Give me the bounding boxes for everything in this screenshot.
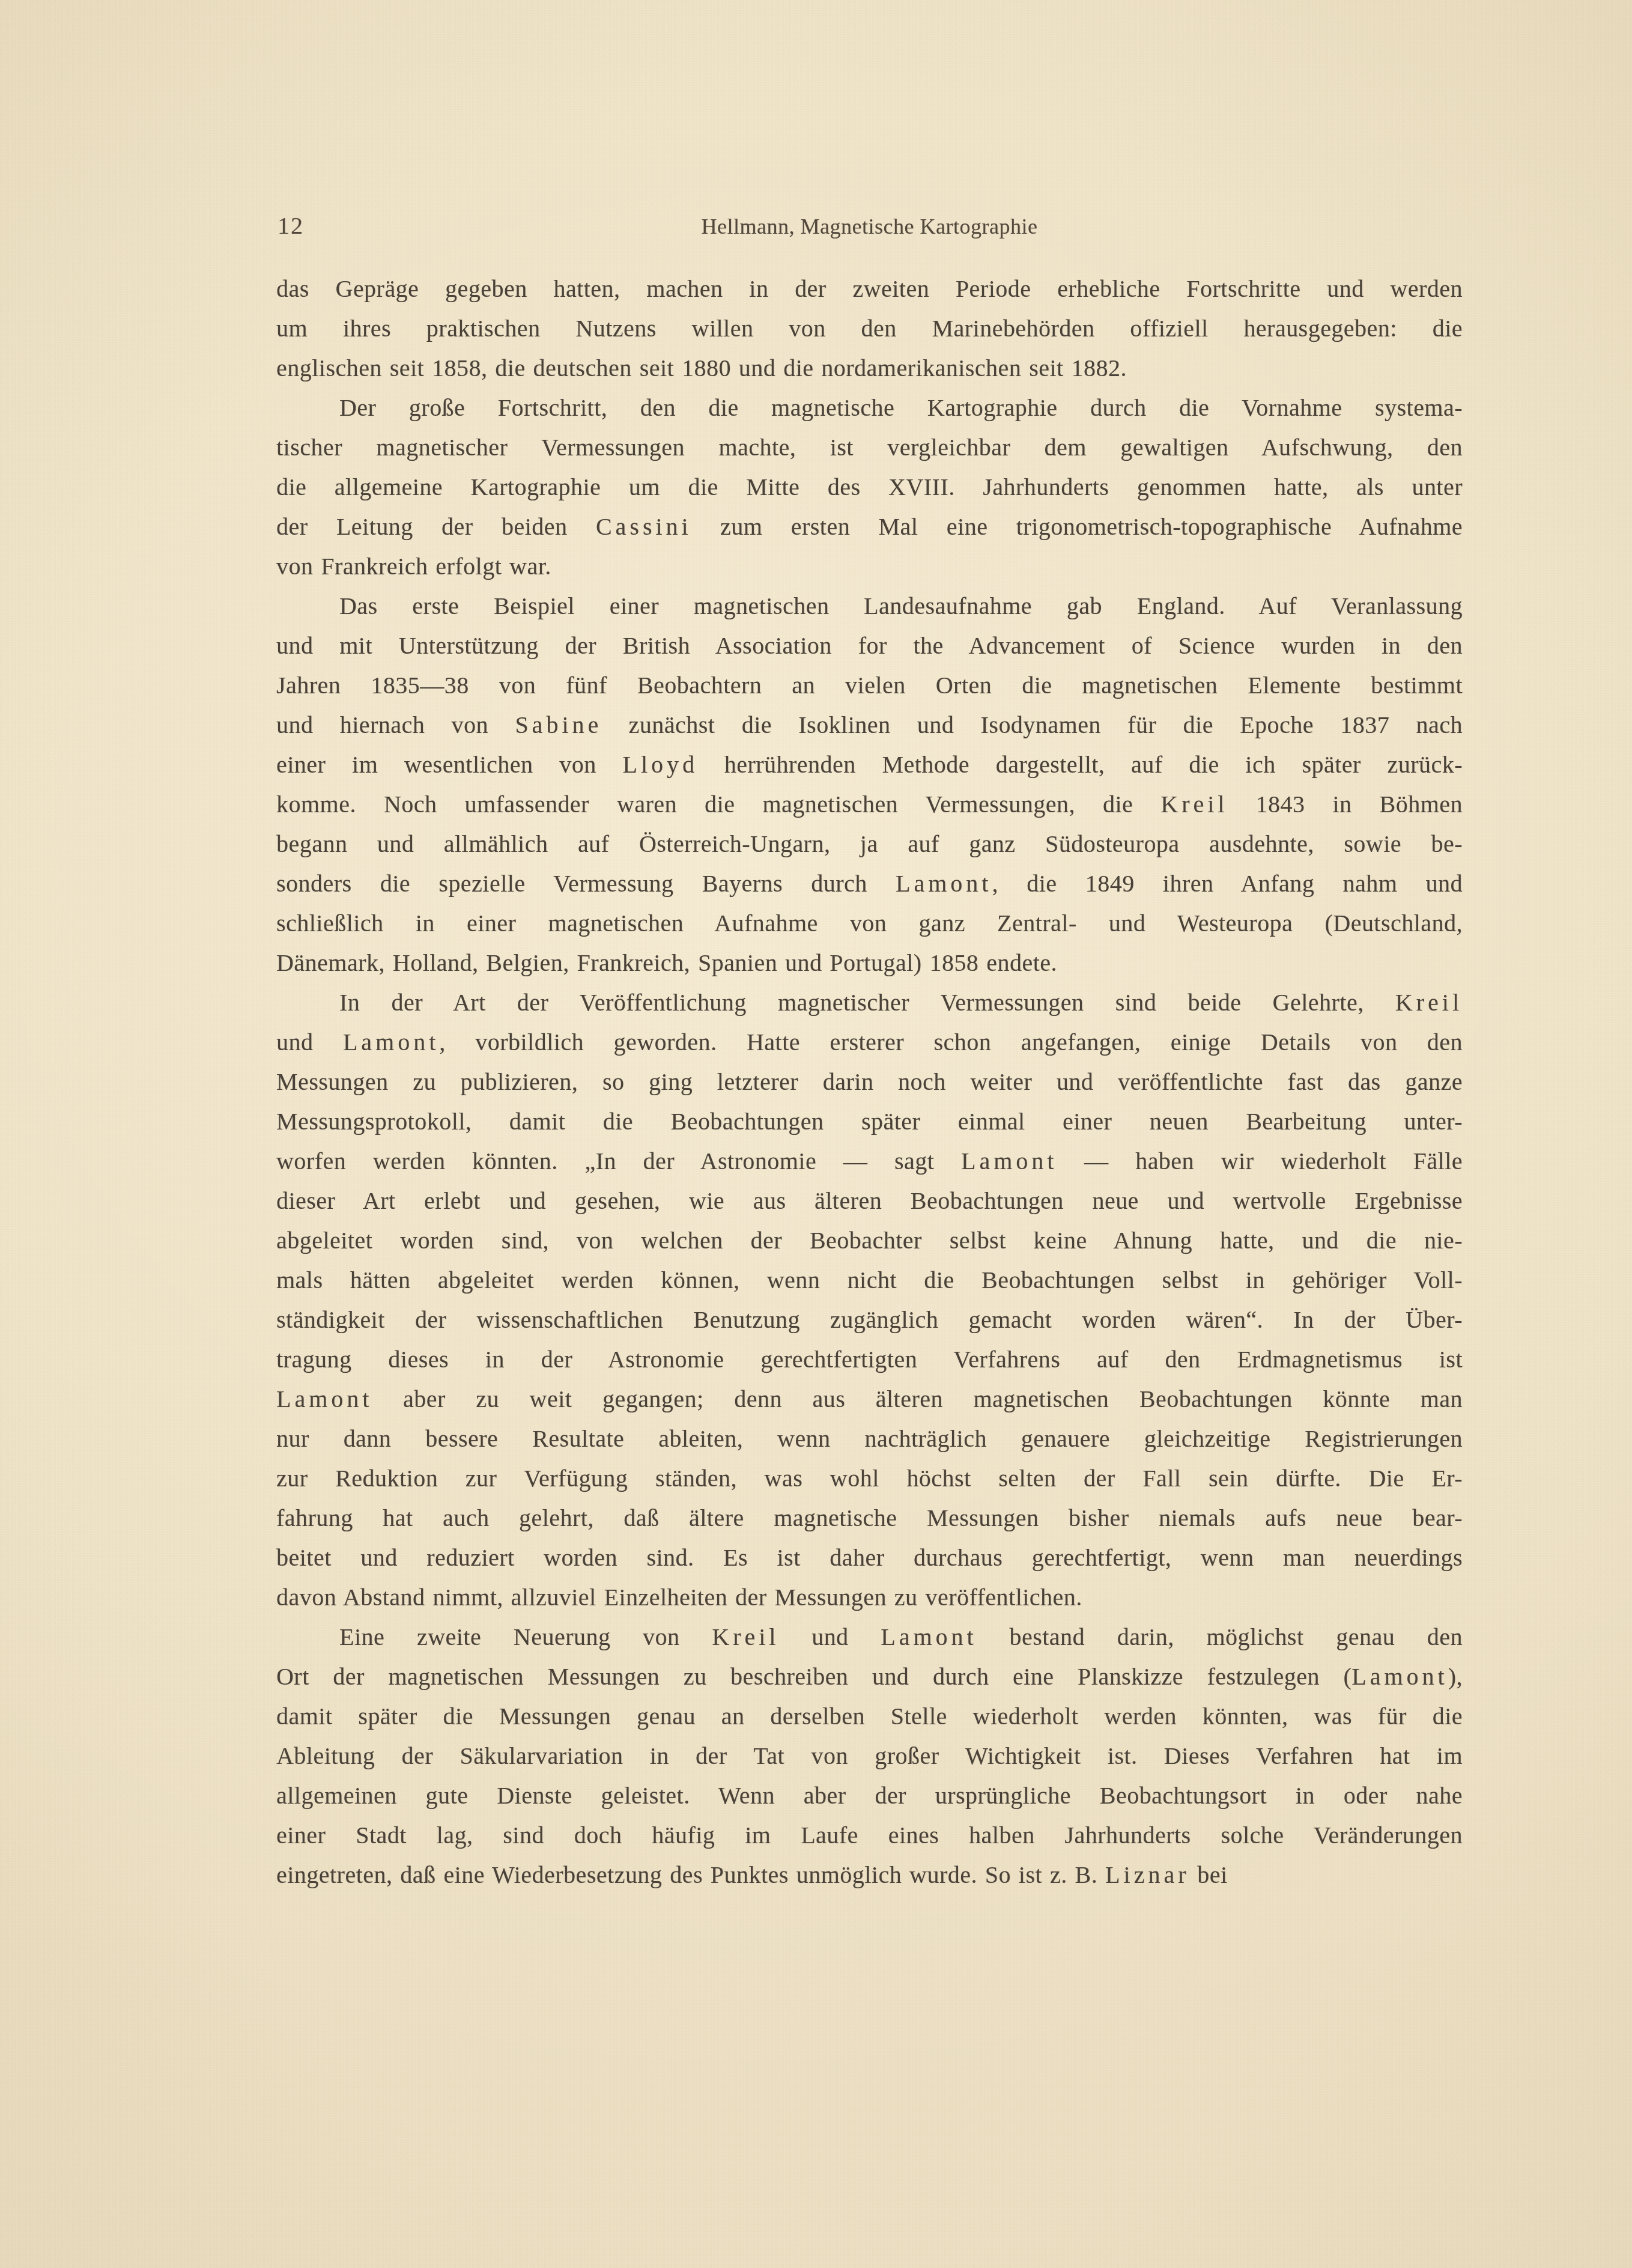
running-head: 12 Hellmann, Magnetische Kartographie [276,211,1463,243]
text-line: abgeleitet worden sind, von welchen der … [276,1221,1463,1260]
text-run: mals hätten abgeleitet werden können, we… [276,1266,1463,1294]
text-run: allgemeinen gute Dienste geleistet. Wenn… [276,1782,1463,1809]
text-run: bestand darin, möglichst genau den [977,1623,1463,1650]
text-line: Jahren 1835—38 von fünf Beobachtern an v… [276,666,1463,705]
person-name: Lloyd [622,751,698,778]
book-page: 12 Hellmann, Magnetische Kartographie da… [0,0,1632,2268]
person-name: Cassini [596,513,692,540]
text-run: komme. Noch umfassender waren die magnet… [276,791,1160,818]
text-line: komme. Noch umfassender waren die magnet… [276,785,1463,824]
text-run: 1843 in Böhmen [1228,791,1463,818]
text-line: Der große Fortschritt, den die magnetisc… [276,388,1463,428]
text-run: , die 1849 ihren Anfang nahm und [992,870,1463,897]
person-name: Lamont [961,1148,1057,1175]
text-line: eingetreten, daß eine Wiederbesetzung de… [276,1855,1463,1895]
paragraph: Das erste Beispiel einer magnetischen La… [276,586,1463,983]
paragraph: Der große Fortschritt, den die magnetisc… [276,388,1463,586]
text-run: tischer magnetischer Vermessungen machte… [276,434,1463,461]
person-name: Liznar [1105,1861,1189,1888]
text-run: und mit Unterstützung der British Associ… [276,632,1463,659]
text-line: schließlich in einer magnetischen Aufnah… [276,904,1463,943]
text-run: das Gepräge gegeben hatten, machen in de… [276,275,1463,302]
text-run: abgeleitet worden sind, von welchen der … [276,1227,1463,1254]
person-name: Lamont [276,1385,372,1412]
text-run: von Frankreich erfolgt war. [276,553,551,580]
text-line: sonders die spezielle Vermessung Bayerns… [276,864,1463,904]
text-run: einer Stadt lag, sind doch häufig im Lau… [276,1822,1463,1849]
text-run: aber zu weit gegangen; denn aus älteren … [372,1385,1463,1412]
text-line: der Leitung der beiden Cassini zum erste… [276,507,1463,547]
text-line: und Lamont, vorbildlich geworden. Hatte … [276,1023,1463,1062]
text-run: um ihres praktischen Nutzens willen von … [276,315,1463,342]
text-run: damit später die Messungen genau an ders… [276,1703,1463,1730]
text-run: schließlich in einer magnetischen Aufnah… [276,910,1463,937]
person-name: Lamont [881,1623,977,1650]
text-run: , vorbildlich geworden. Hatte ersterer s… [439,1029,1463,1056]
text-run: davon Abstand nimmt, allzuviel Einzelhei… [276,1584,1082,1611]
text-run: Das erste Beispiel einer magnetischen La… [339,592,1463,619]
text-line: worfen werden könnten. „In der Astronomi… [276,1142,1463,1181]
text-line: mals hätten abgeleitet werden können, we… [276,1260,1463,1300]
text-line: davon Abstand nimmt, allzuviel Einzelhei… [276,1578,1463,1617]
running-header-title: Hellmann, Magnetische Kartographie [276,213,1463,240]
text-line: Ort der magnetischen Messungen zu beschr… [276,1657,1463,1697]
text-line: tischer magnetischer Vermessungen machte… [276,428,1463,467]
text-line: fahrung hat auch gelehrt, daß ältere mag… [276,1498,1463,1538]
text-run: die allgemeine Kartographie um die Mitte… [276,473,1463,500]
person-name: Kreil [712,1623,779,1650]
text-line: Eine zweite Neuerung von Kreil und Lamon… [276,1617,1463,1657]
text-run: beitet und reduziert worden sind. Es ist… [276,1544,1463,1571]
text-line: In der Art der Veröffentlichung magnetis… [276,983,1463,1023]
text-run: Jahren 1835—38 von fünf Beobachtern an v… [276,672,1463,699]
text-run: zunächst die Isoklinen und Isodynamen fü… [602,711,1463,738]
text-line: zur Reduktion zur Verfügung ständen, was… [276,1459,1463,1498]
text-run: Der große Fortschritt, den die magnetisc… [339,394,1463,421]
text-line: Dänemark, Holland, Belgien, Frankreich, … [276,943,1463,983]
text-run: dieser Art erlebt und gesehen, wie aus ä… [276,1187,1463,1214]
paragraph: Eine zweite Neuerung von Kreil und Lamon… [276,1617,1463,1895]
text-line: Messungen zu publizieren, so ging letzte… [276,1062,1463,1102]
text-line: beitet und reduziert worden sind. Es ist… [276,1538,1463,1578]
text-run: Eine zweite Neuerung von [339,1623,712,1650]
person-name: Lamont [343,1029,439,1056]
text-line: Lamont aber zu weit gegangen; denn aus ä… [276,1379,1463,1419]
person-name: Kreil [1395,989,1463,1016]
person-name: Lamont [1351,1663,1448,1690]
paragraph: In der Art der Veröffentlichung magnetis… [276,983,1463,1617]
text-run: herrührenden Methode dargestellt, auf di… [698,751,1463,778]
text-run: begann und allmählich auf Österreich-Ung… [276,830,1463,857]
text-run: Ort der magnetischen Messungen zu beschr… [276,1663,1351,1690]
text-line: von Frankreich erfolgt war. [276,547,1463,586]
text-run: bei [1189,1861,1227,1888]
text-line: Ableitung der Säkularvariation in der Ta… [276,1736,1463,1776]
paragraph: das Gepräge gegeben hatten, machen in de… [276,269,1463,388]
text-run: sonders die spezielle Vermessung Bayerns… [276,870,896,897]
text-line: und hiernach von Sabine zunächst die Iso… [276,705,1463,745]
text-run: zur Reduktion zur Verfügung ständen, was… [276,1465,1463,1492]
text-run: und [276,1029,343,1056]
text-run: zum ersten Mal eine trigonometrisch-topo… [692,513,1463,540]
text-line: englischen seit 1858, die deutschen seit… [276,348,1463,388]
text-run: eingetreten, daß eine Wiederbesetzung de… [276,1861,1105,1888]
text-line: einer Stadt lag, sind doch häufig im Lau… [276,1816,1463,1855]
text-run: nur dann bessere Resultate ableiten, wen… [276,1425,1463,1452]
person-name: Kreil [1160,791,1228,818]
body-text: das Gepräge gegeben hatten, machen in de… [276,269,1463,1895]
text-line: und mit Unterstützung der British Associ… [276,626,1463,666]
text-line: nur dann bessere Resultate ableiten, wen… [276,1419,1463,1459]
person-name: Sabine [515,711,602,738]
text-run: und [779,1623,881,1650]
text-line: Messungsprotokoll, damit die Beobachtung… [276,1102,1463,1142]
text-line: ständigkeit der wissenschaftlichen Benut… [276,1300,1463,1340]
text-line: Das erste Beispiel einer magnetischen La… [276,586,1463,626]
person-name: Lamont [896,870,992,897]
text-run: Messungen zu publizieren, so ging letzte… [276,1068,1463,1095]
text-line: begann und allmählich auf Österreich-Ung… [276,824,1463,864]
text-line: damit später die Messungen genau an ders… [276,1697,1463,1736]
text-run: — haben wir wiederholt Fälle [1057,1148,1463,1175]
text-run: In der Art der Veröffentlichung magnetis… [339,989,1395,1016]
text-line: allgemeinen gute Dienste geleistet. Wenn… [276,1776,1463,1816]
text-run: Messungsprotokoll, damit die Beobachtung… [276,1108,1463,1135]
text-run: ständigkeit der wissenschaftlichen Benut… [276,1306,1463,1333]
text-run: Ableitung der Säkularvariation in der Ta… [276,1742,1463,1769]
text-run: worfen werden könnten. „In der Astronomi… [276,1148,961,1175]
text-run: und hiernach von [276,711,515,738]
text-run: der Leitung der beiden [276,513,596,540]
text-line: das Gepräge gegeben hatten, machen in de… [276,269,1463,309]
text-run: englischen seit 1858, die deutschen seit… [276,354,1127,382]
text-run: fahrung hat auch gelehrt, daß ältere mag… [276,1504,1463,1531]
text-run: einer im wesentlichen von [276,751,622,778]
text-run: ), [1448,1663,1463,1690]
text-line: tragung dieses in der Astronomie gerecht… [276,1340,1463,1379]
text-run: tragung dieses in der Astronomie gerecht… [276,1346,1463,1373]
text-line: die allgemeine Kartographie um die Mitte… [276,467,1463,507]
text-run: Dänemark, Holland, Belgien, Frankreich, … [276,949,1057,976]
text-line: einer im wesentlichen von Lloyd herrühre… [276,745,1463,785]
text-line: um ihres praktischen Nutzens willen von … [276,309,1463,348]
text-line: dieser Art erlebt und gesehen, wie aus ä… [276,1181,1463,1221]
